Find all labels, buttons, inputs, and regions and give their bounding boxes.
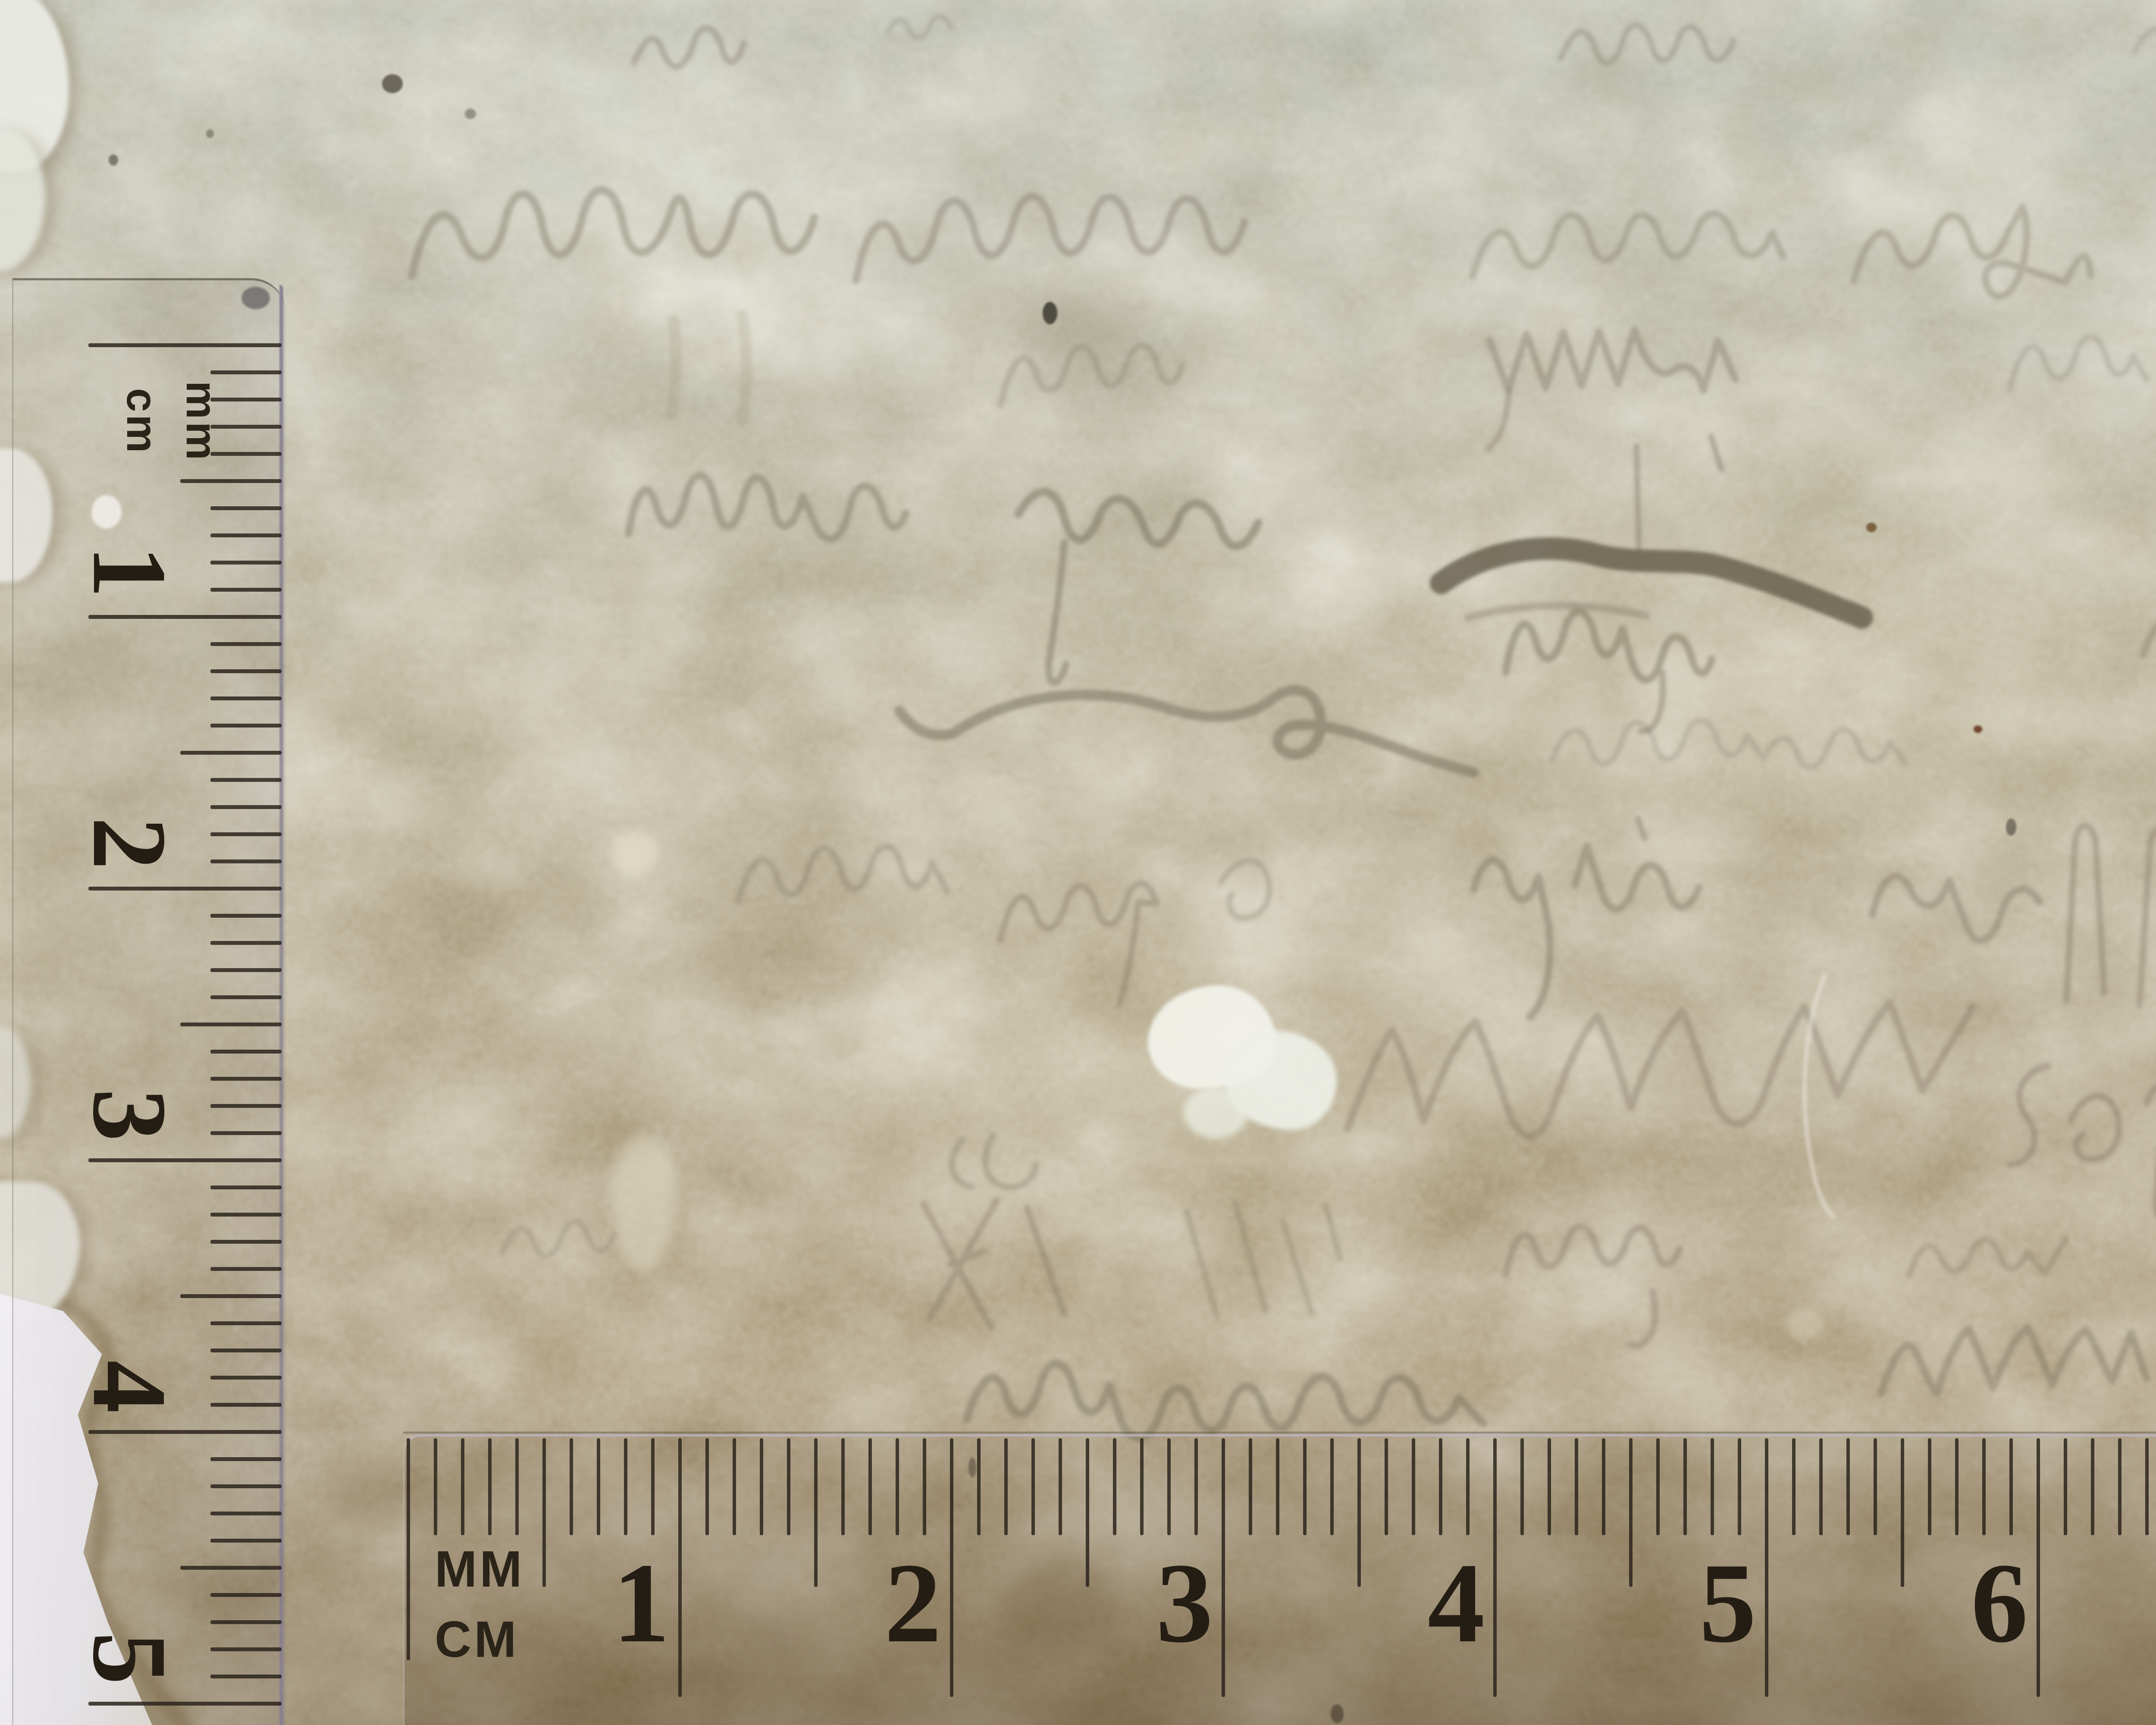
ruler-tick — [841, 1438, 845, 1535]
ruler-tick — [1303, 1438, 1307, 1535]
ruler-tick — [1357, 1438, 1361, 1587]
ruler-tick — [2091, 1438, 2094, 1535]
ruler-tick — [1330, 1438, 1334, 1535]
ruler-tick — [1982, 1438, 1986, 1535]
photo-stage: 12345mmcm 12345678MMCM — [0, 0, 2156, 1725]
ruler-tick — [1575, 1438, 1578, 1535]
ruler-tick — [1276, 1438, 1279, 1535]
ruler-tick — [1439, 1438, 1442, 1535]
ruler-tick — [705, 1438, 709, 1535]
ruler-tick — [1031, 1438, 1035, 1535]
ruler-tick — [2118, 1438, 2122, 1535]
ruler-tick — [1140, 1438, 1144, 1535]
ruler-tick — [1412, 1438, 1415, 1535]
ruler-tick — [760, 1438, 763, 1535]
ruler-tick — [1629, 1438, 1633, 1587]
ruler-tick — [2009, 1438, 2013, 1535]
horizontal-ruler-seam — [403, 1432, 2156, 1433]
ruler-number: 4 — [1391, 1546, 1521, 1660]
ruler-tick — [733, 1438, 736, 1535]
ruler-tick — [1249, 1438, 1252, 1535]
ruler-tick — [1846, 1438, 1850, 1535]
ruler-tick — [814, 1438, 818, 1587]
ruler-tick — [2064, 1438, 2067, 1535]
ruler-tick — [1167, 1438, 1171, 1535]
ruler-tick — [1792, 1438, 1796, 1535]
ruler-tick — [923, 1438, 926, 1535]
ruler-tick — [2145, 1438, 2149, 1535]
ruler-tick — [1602, 1438, 1605, 1535]
unit-cm-label: CM — [435, 1605, 525, 1675]
ruler-tick — [515, 1438, 519, 1535]
ruler-tick — [896, 1438, 899, 1535]
ruler-number: 2 — [848, 1546, 978, 1660]
ruler-tick — [570, 1438, 573, 1535]
ruler-tick — [1874, 1438, 1877, 1535]
ruler-tick — [651, 1438, 655, 1535]
ruler-tick — [1901, 1438, 1904, 1587]
ruler-tick — [1059, 1438, 1062, 1535]
ruler-tick — [1086, 1438, 1089, 1587]
ruler-tick — [1548, 1438, 1551, 1535]
ruler-tick — [1955, 1438, 1959, 1535]
ruler-tick — [1466, 1438, 1470, 1535]
ruler-tick — [1656, 1438, 1660, 1535]
ruler-tick — [624, 1438, 627, 1535]
ruler-tick — [1113, 1438, 1116, 1535]
ruler-unit-label: MMCM — [435, 1534, 525, 1675]
ruler-tick — [787, 1438, 790, 1535]
ruler-tick — [1819, 1438, 1823, 1535]
ruler-tick — [488, 1438, 492, 1535]
ruler-number: 1 — [577, 1546, 706, 1660]
ruler-tick — [1711, 1438, 1714, 1535]
unit-mm-label: MM — [435, 1534, 525, 1605]
horizontal-ruler: 12345678MMCM — [0, 0, 2156, 1725]
ruler-tick — [461, 1438, 464, 1535]
ruler-tick — [597, 1438, 600, 1535]
ruler-tick — [1928, 1438, 1931, 1535]
ruler-number: 3 — [1120, 1546, 1249, 1660]
ruler-tick — [1520, 1438, 1524, 1535]
ruler-tick — [1194, 1438, 1198, 1535]
ruler-tick — [542, 1438, 546, 1587]
ruler-number: 6 — [1935, 1546, 2064, 1660]
ruler-tick — [977, 1438, 981, 1535]
ruler-tick — [1683, 1438, 1687, 1535]
ruler-tick — [434, 1438, 437, 1535]
ruler-number: 5 — [1663, 1546, 1792, 1660]
ruler-tick — [1004, 1438, 1008, 1535]
ruler-tick — [1385, 1438, 1388, 1535]
ruler-tick — [407, 1438, 410, 1660]
ruler-tick — [1738, 1438, 1741, 1535]
ruler-tick — [868, 1438, 872, 1535]
